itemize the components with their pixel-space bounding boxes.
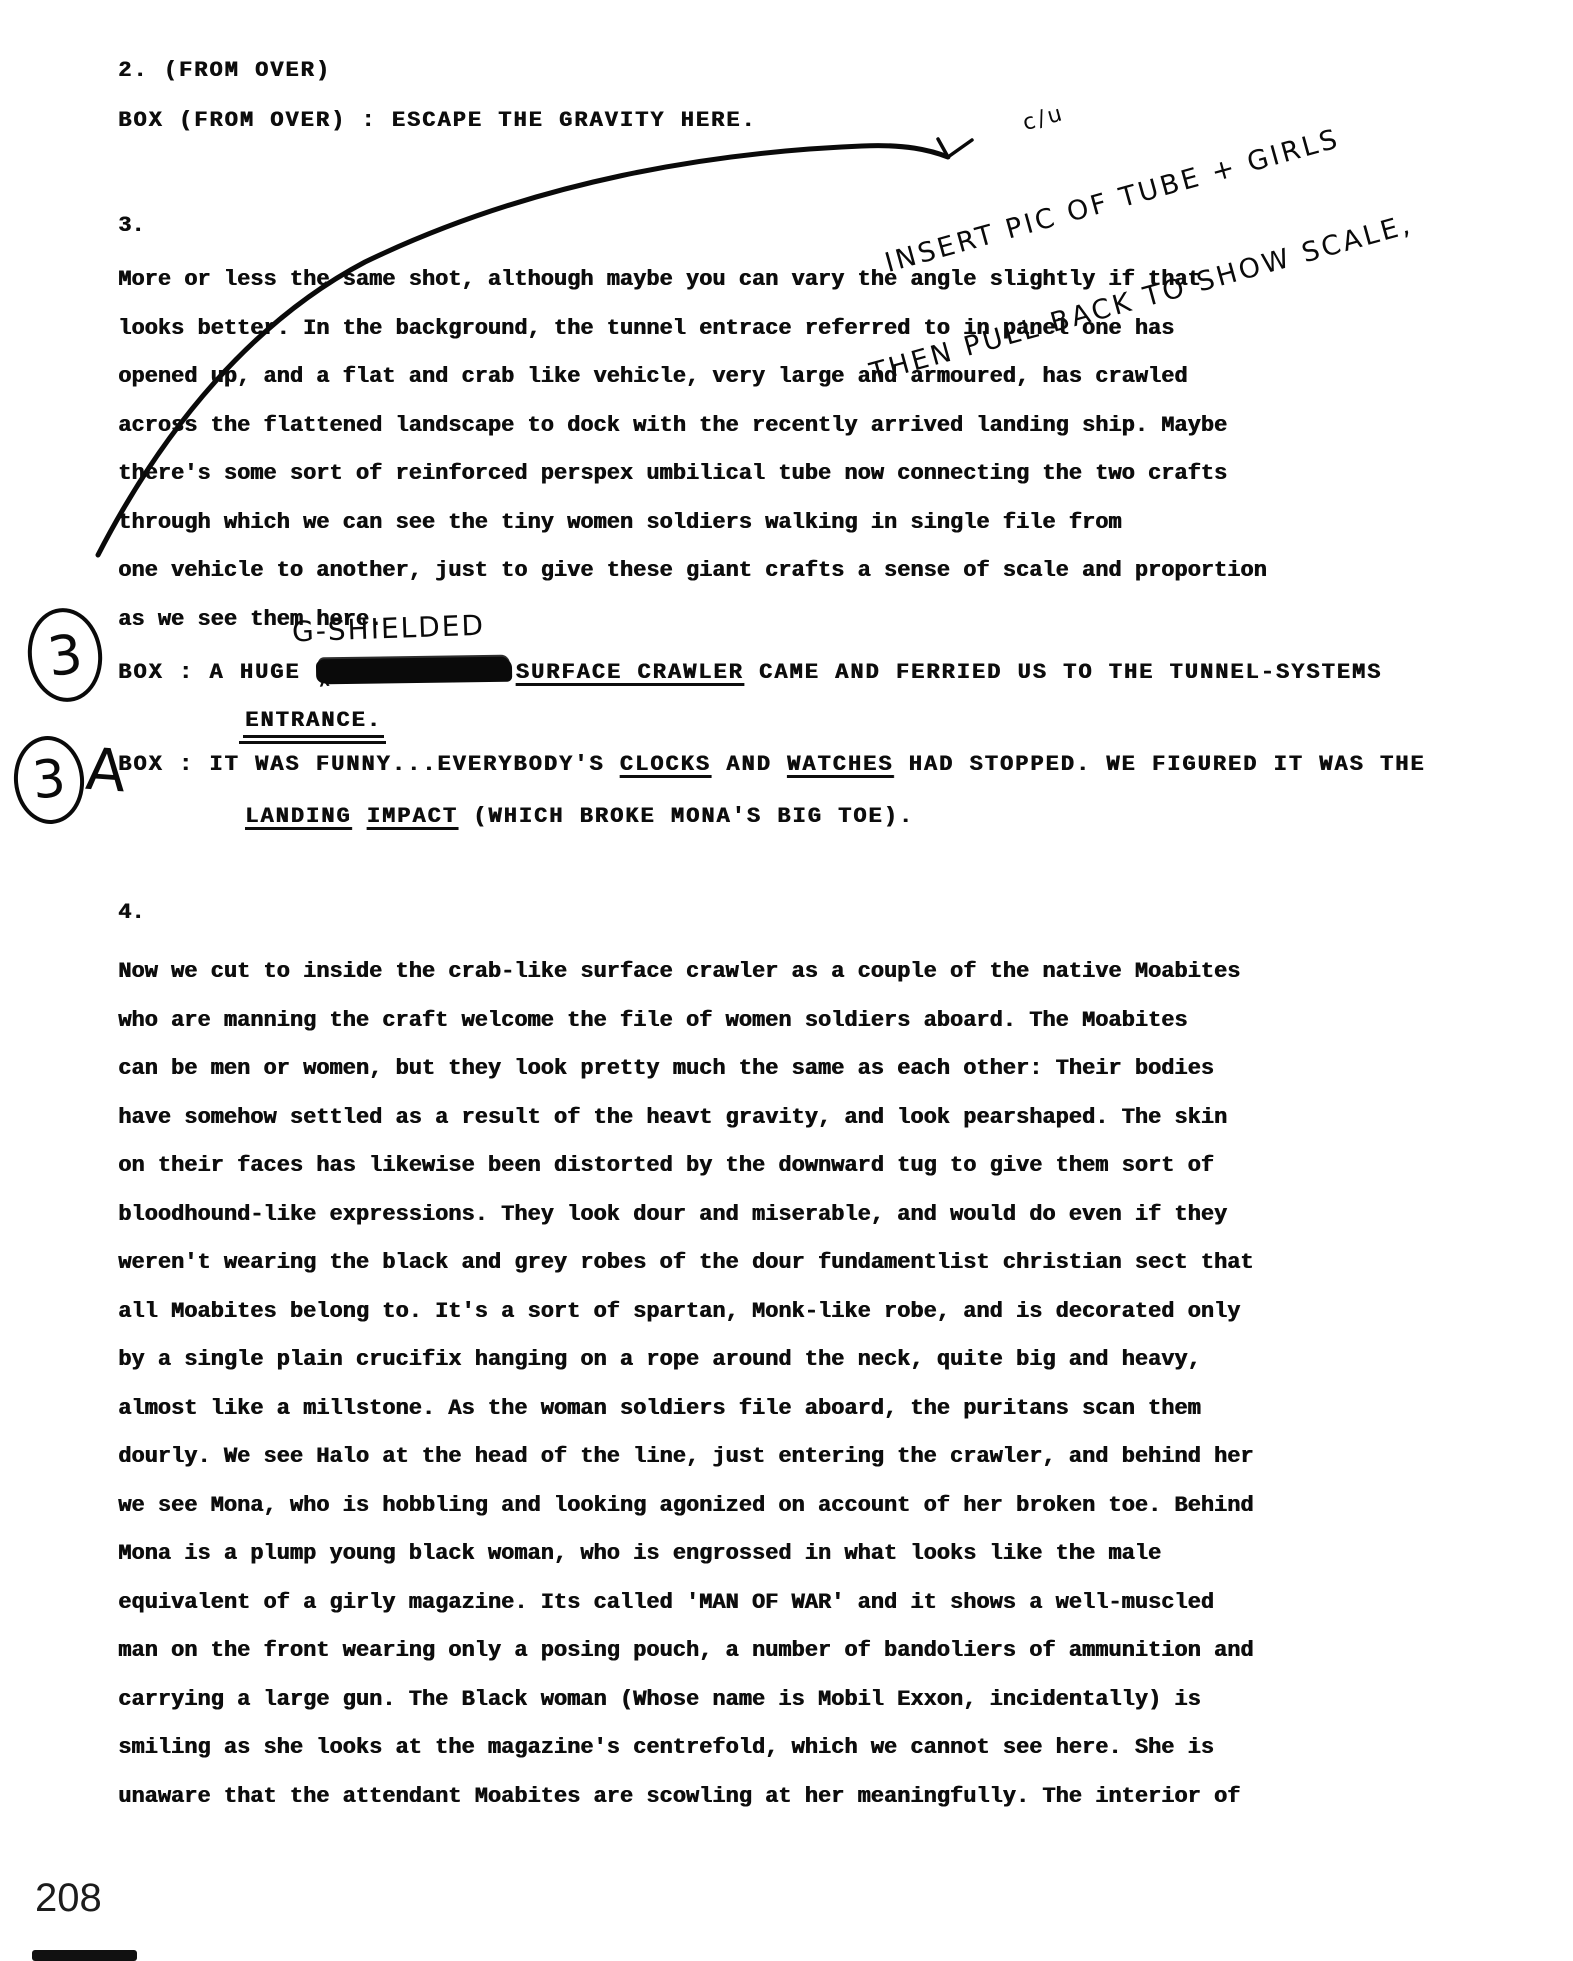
typed-segment: (WHICH BROKE MONA'S BIG TOE). — [458, 804, 914, 829]
typed-line: carrying a large gun. The Black woman (W… — [118, 1676, 1253, 1725]
margin-panel-number-3a-circle: 3 — [10, 733, 87, 827]
panel3a-box-caption-continued: LANDING IMPACT (WHICH BROKE MONA'S BIG T… — [245, 802, 914, 832]
typed-line: man on the front wearing only a posing p… — [118, 1627, 1253, 1676]
typed-underlined-segment: IMPACT — [367, 804, 458, 829]
typed-segment: BOX : A HUGE — [118, 660, 316, 685]
panel2-box-caption: BOX (FROM OVER) : ESCAPE THE GRAVITY HER… — [118, 108, 757, 133]
typed-line: opened up, and a flat and crab like vehi… — [118, 353, 1267, 402]
typed-segment: HAD STOPPED. WE FIGURED IT WAS THE — [893, 752, 1425, 777]
typed-line: dourly. We see Halo at the head of the l… — [118, 1433, 1253, 1482]
typed-line: Mona is a plump young black woman, who i… — [118, 1530, 1253, 1579]
typed-segment: CAME AND FERRIED US TO THE TUNNEL-SYSTEM… — [744, 660, 1383, 685]
margin-number-3a-digit: 3 — [30, 749, 68, 812]
typed-line: looks better. In the background, the tun… — [118, 305, 1267, 354]
typed-line: one vehicle to another, just to give the… — [118, 547, 1267, 596]
typed-segment: BOX : IT WAS FUNNY...EVERYBODY'S — [118, 752, 620, 777]
panel2-heading: 2. (FROM OVER) — [118, 58, 331, 83]
typed-line: almost like a millstone. As the woman so… — [118, 1385, 1253, 1434]
typed-line: can be men or women, but they look prett… — [118, 1045, 1253, 1094]
margin-number-3-label: 3 — [44, 622, 86, 689]
typed-line: we see Mona, who is hobbling and looking… — [118, 1482, 1253, 1531]
typed-segment: AND — [711, 752, 787, 777]
panel4-heading: 4. — [118, 900, 144, 925]
typed-line: unaware that the attendant Moabites are … — [118, 1773, 1253, 1822]
panel3-box-caption-continued: ENTRANCE. — [245, 706, 382, 736]
margin-panel-number-3: 3 — [23, 604, 108, 706]
typed-line: all Moabites belong to. It's a sort of s… — [118, 1288, 1253, 1337]
typed-underlined-segment: CLOCKS — [620, 752, 711, 777]
typed-line: equivalent of a girly magazine. Its call… — [118, 1579, 1253, 1628]
typed-line: by a single plain crucifix hanging on a … — [118, 1336, 1253, 1385]
scribbled-out-word — [318, 657, 510, 683]
typed-underlined-segment: SURFACE CRAWLER — [516, 660, 744, 685]
typed-line: there's some sort of reinforced perspex … — [118, 450, 1267, 499]
typed-line: weren't wearing the black and grey robes… — [118, 1239, 1253, 1288]
typed-line: through which we can see the tiny women … — [118, 499, 1267, 548]
handwritten-insert-g-shielded: G-SHIELDED — [291, 609, 485, 649]
typed-line: smiling as she looks at the magazine's c… — [118, 1724, 1253, 1773]
typed-line: who are manning the craft welcome the fi… — [118, 997, 1253, 1046]
page-number: 208 — [35, 1876, 102, 1921]
typed-underlined-segment: WATCHES — [787, 752, 893, 777]
typed-segment — [351, 804, 366, 829]
typed-underlined-segment: LANDING — [245, 804, 351, 829]
panel3-box-caption: BOX : A HUGE SURFACE CRAWLER CAME AND FE… — [118, 655, 1382, 688]
typed-line: on their faces has likewise been distort… — [118, 1142, 1253, 1191]
script-page-scan: 2. (FROM OVER) BOX (FROM OVER) : ESCAPE … — [0, 0, 1573, 1961]
typed-line: bloodhound-like expressions. They look d… — [118, 1191, 1253, 1240]
scan-edge-artifact — [32, 1950, 137, 1961]
typed-line: Now we cut to inside the crab-like surfa… — [118, 948, 1253, 997]
panel4-description: Now we cut to inside the crab-like surfa… — [118, 948, 1253, 1821]
panel3-description: More or less the same shot, although may… — [118, 256, 1267, 644]
handwritten-cu: c/u — [1020, 19, 1362, 137]
panel3-heading: 3. — [118, 213, 144, 238]
panel3a-box-caption: BOX : IT WAS FUNNY...EVERYBODY'S CLOCKS … — [118, 750, 1425, 780]
typed-underlined-segment: ENTRANCE. — [245, 708, 382, 733]
typed-line: across the flattened landscape to dock w… — [118, 402, 1267, 451]
typed-line: More or less the same shot, although may… — [118, 256, 1267, 305]
typed-line: as we see them here. — [118, 596, 1267, 645]
typed-line: have somehow settled as a result of the … — [118, 1094, 1253, 1143]
